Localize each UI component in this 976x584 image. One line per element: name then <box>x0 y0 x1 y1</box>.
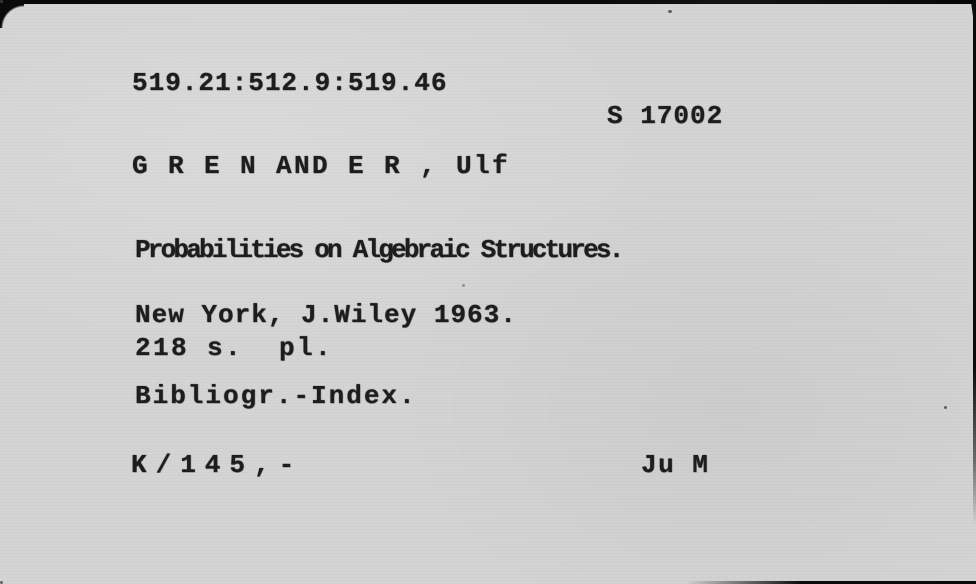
price-code: K/145,- <box>131 449 303 481</box>
author-heading: G R E N AND E R , Ulf <box>132 150 510 182</box>
scan-speck <box>944 406 947 409</box>
call-number: 519.21:512.9:519.46 <box>132 67 447 99</box>
cataloger-initials: Ju M <box>641 449 709 481</box>
accession-number: S 17002 <box>607 100 723 132</box>
scan-speck <box>668 10 672 13</box>
catalog-card: 519.21:512.9:519.46 S 17002 G R E N AND … <box>0 0 976 584</box>
card-top-left-corner <box>0 0 24 28</box>
card-top-edge <box>0 0 976 4</box>
collation: 218 s. pl. <box>135 332 333 364</box>
scan-speck <box>462 284 465 287</box>
book-title: Probabilities on Algebraic Structures. <box>135 234 622 266</box>
bibliography-note: Bibliogr.-Index. <box>135 380 417 412</box>
imprint: New York, J.Wiley 1963. <box>135 299 517 331</box>
